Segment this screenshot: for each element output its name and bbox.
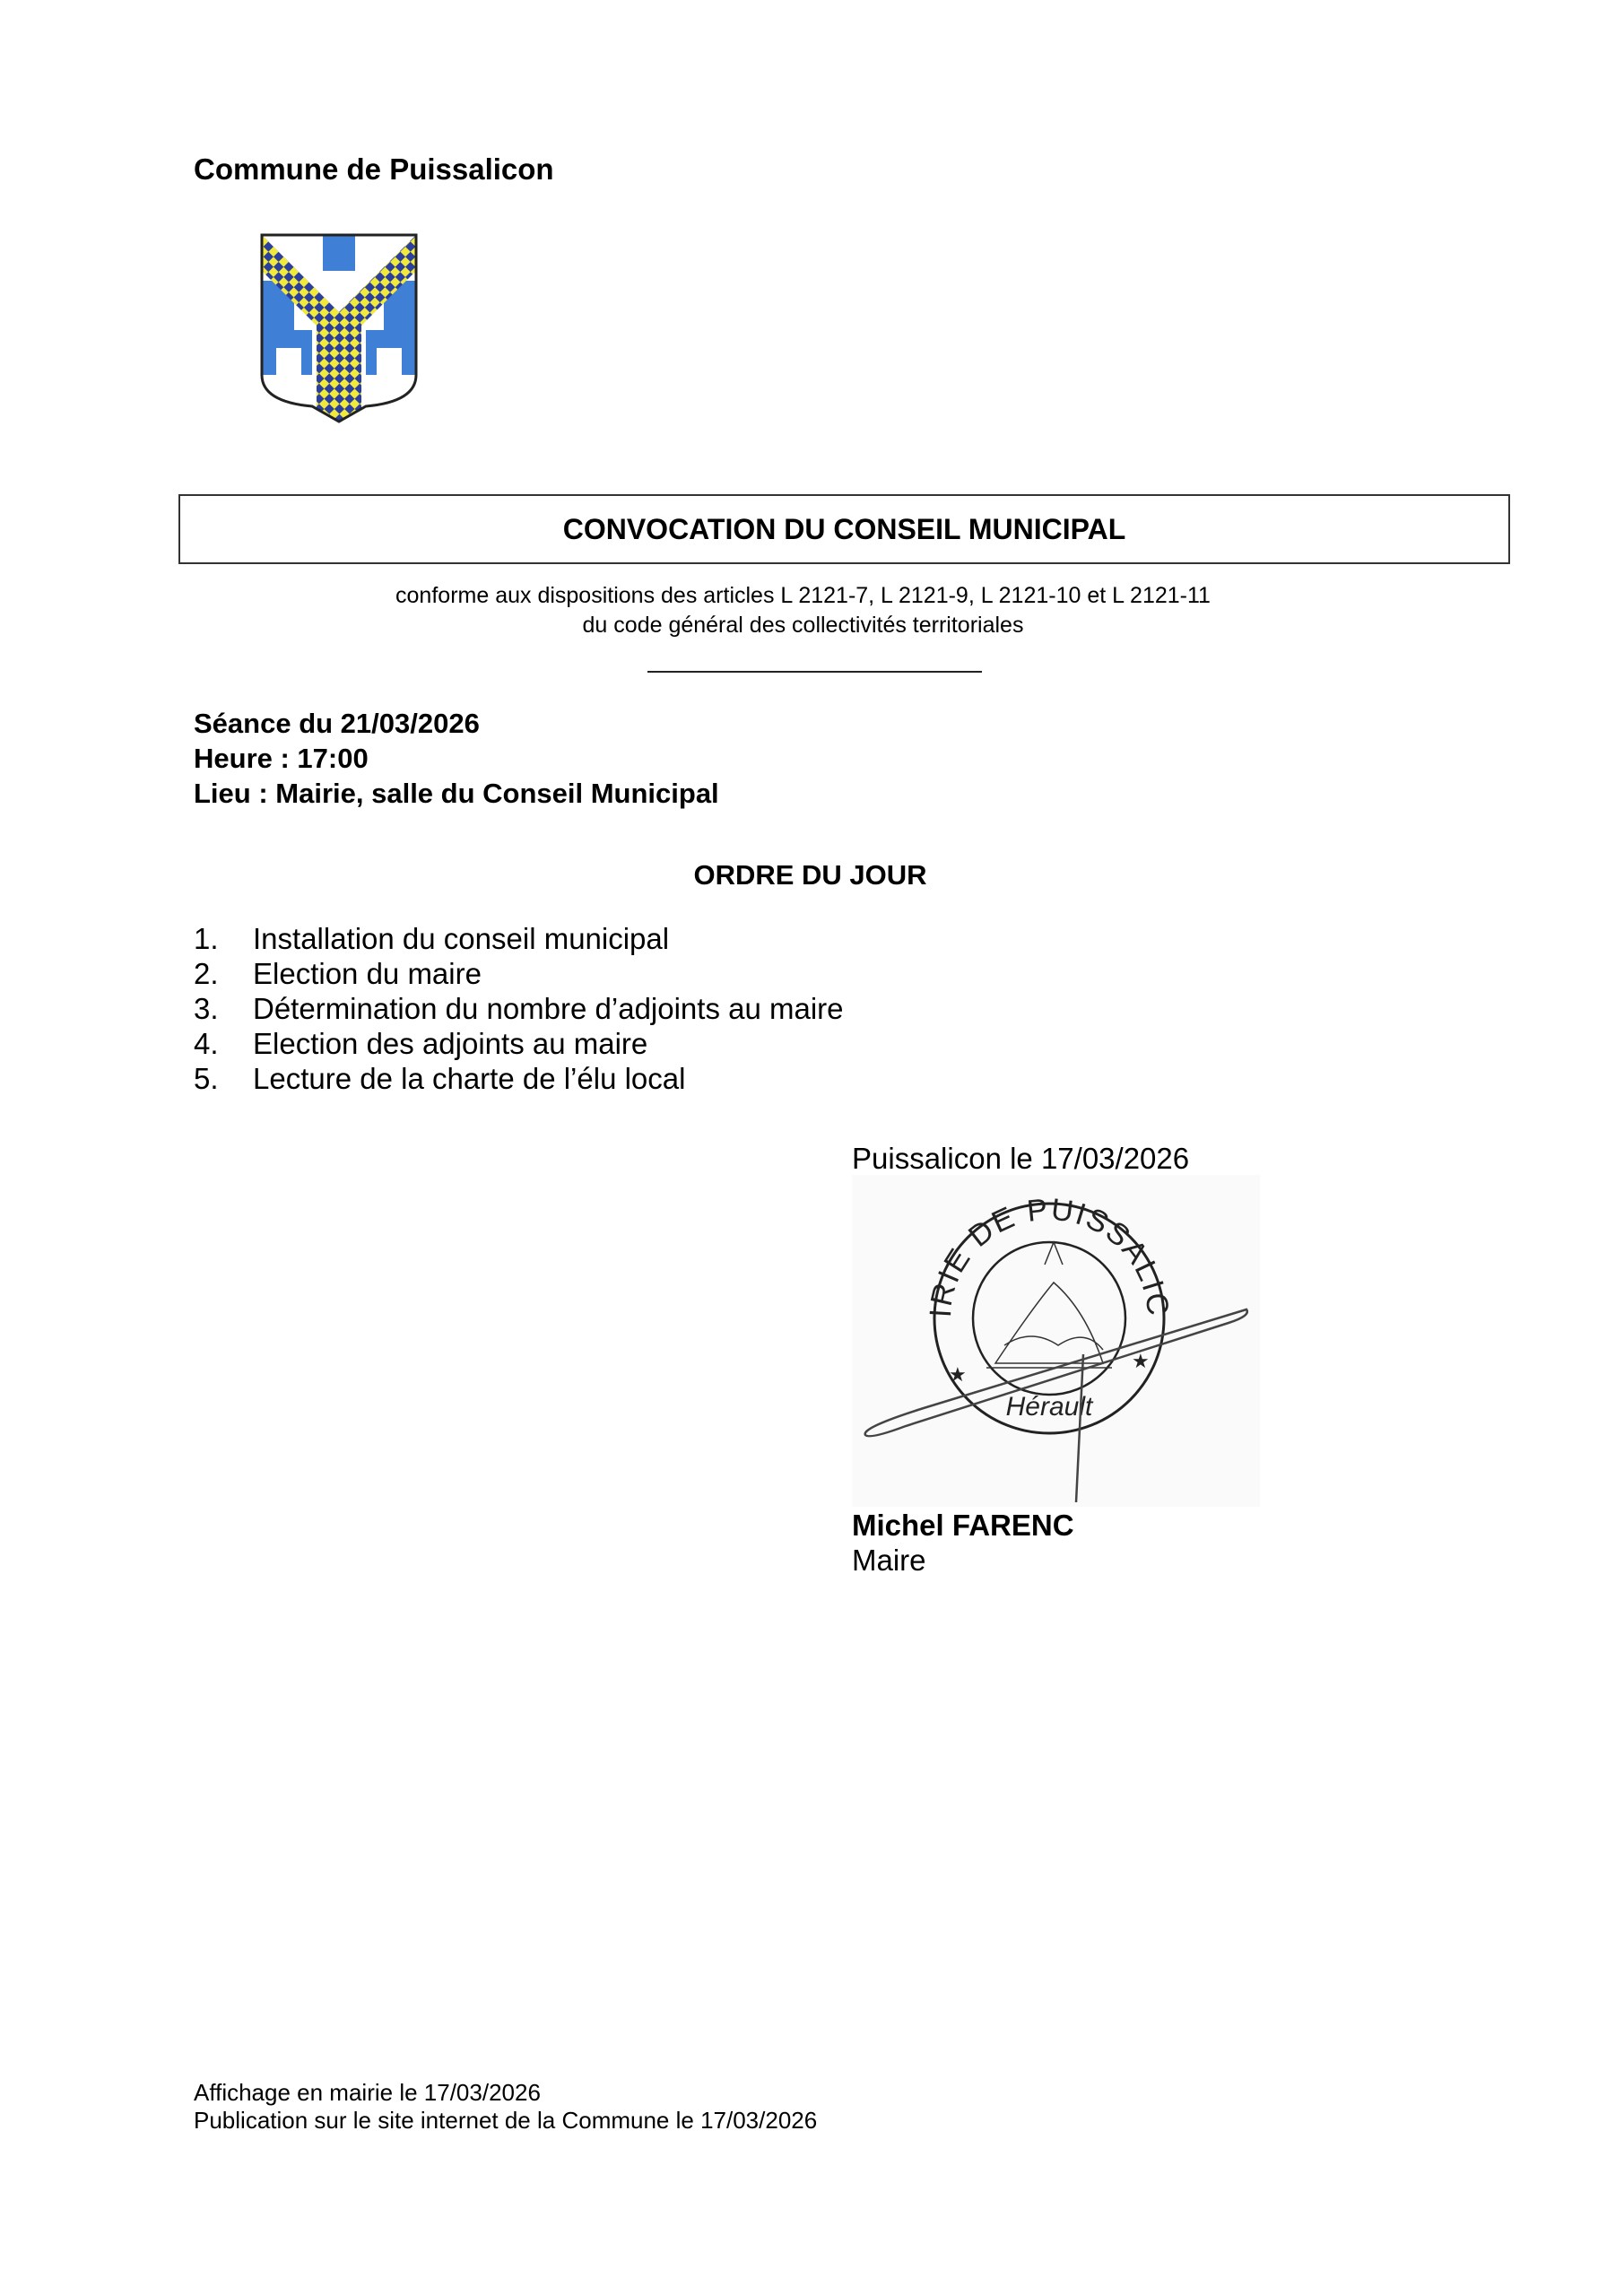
agenda-item: 4.Election des adjoints au maire	[194, 1026, 844, 1061]
agenda-item-number: 3.	[194, 991, 253, 1026]
svg-text:★: ★	[949, 1363, 967, 1386]
agenda-item-number: 1.	[194, 921, 253, 956]
agenda-item-label: Installation du conseil municipal	[253, 921, 669, 956]
commune-name: Commune de Puissalicon	[194, 152, 554, 187]
meeting-location: Lieu : Mairie, salle du Conseil Municipa…	[194, 778, 719, 810]
signer-role: Maire	[852, 1544, 926, 1578]
agenda-item: 3.Détermination du nombre d’adjoints au …	[194, 991, 844, 1026]
meeting-time: Heure : 17:00	[194, 743, 369, 775]
agenda-item: 2.Election du maire	[194, 956, 844, 991]
agenda-item-label: Election du maire	[253, 956, 482, 991]
agenda-heading: ORDRE DU JOUR	[0, 859, 1622, 891]
agenda-item: 5.Lecture de la charte de l’élu local	[194, 1061, 844, 1096]
title-box: CONVOCATION DU CONSEIL MUNICIPAL	[178, 494, 1510, 564]
agenda-item: 1.Installation du conseil municipal	[194, 921, 844, 956]
coat-of-arms-icon	[258, 231, 420, 424]
agenda-item-label: Election des adjoints au maire	[253, 1026, 647, 1061]
agenda-item-number: 5.	[194, 1061, 253, 1096]
agenda-list: 1.Installation du conseil municipal 2.El…	[194, 921, 844, 1096]
agenda-item-label: Détermination du nombre d’adjoints au ma…	[253, 991, 844, 1026]
meeting-date: Séance du 21/03/2026	[194, 708, 480, 740]
agenda-item-label: Lecture de la charte de l’élu local	[253, 1061, 685, 1096]
divider	[647, 671, 982, 673]
legal-reference-line2: du code général des collectivités territ…	[0, 613, 1615, 639]
legal-reference-line1: conforme aux dispositions des articles L…	[0, 583, 1615, 609]
agenda-item-number: 2.	[194, 956, 253, 991]
place-and-date: Puissalicon le 17/03/2026	[852, 1142, 1189, 1176]
agenda-item-number: 4.	[194, 1026, 253, 1061]
document-title: CONVOCATION DU CONSEIL MUNICIPAL	[563, 513, 1126, 546]
publication-date: Publication sur le site internet de la C…	[194, 2107, 817, 2135]
official-stamp-icon: MAIRIE DE PUISSALICON Hérault ★ ★	[852, 1175, 1260, 1507]
signer-name: Michel FARENC	[852, 1509, 1074, 1543]
posting-date: Affichage en mairie le 17/03/2026	[194, 2079, 541, 2107]
